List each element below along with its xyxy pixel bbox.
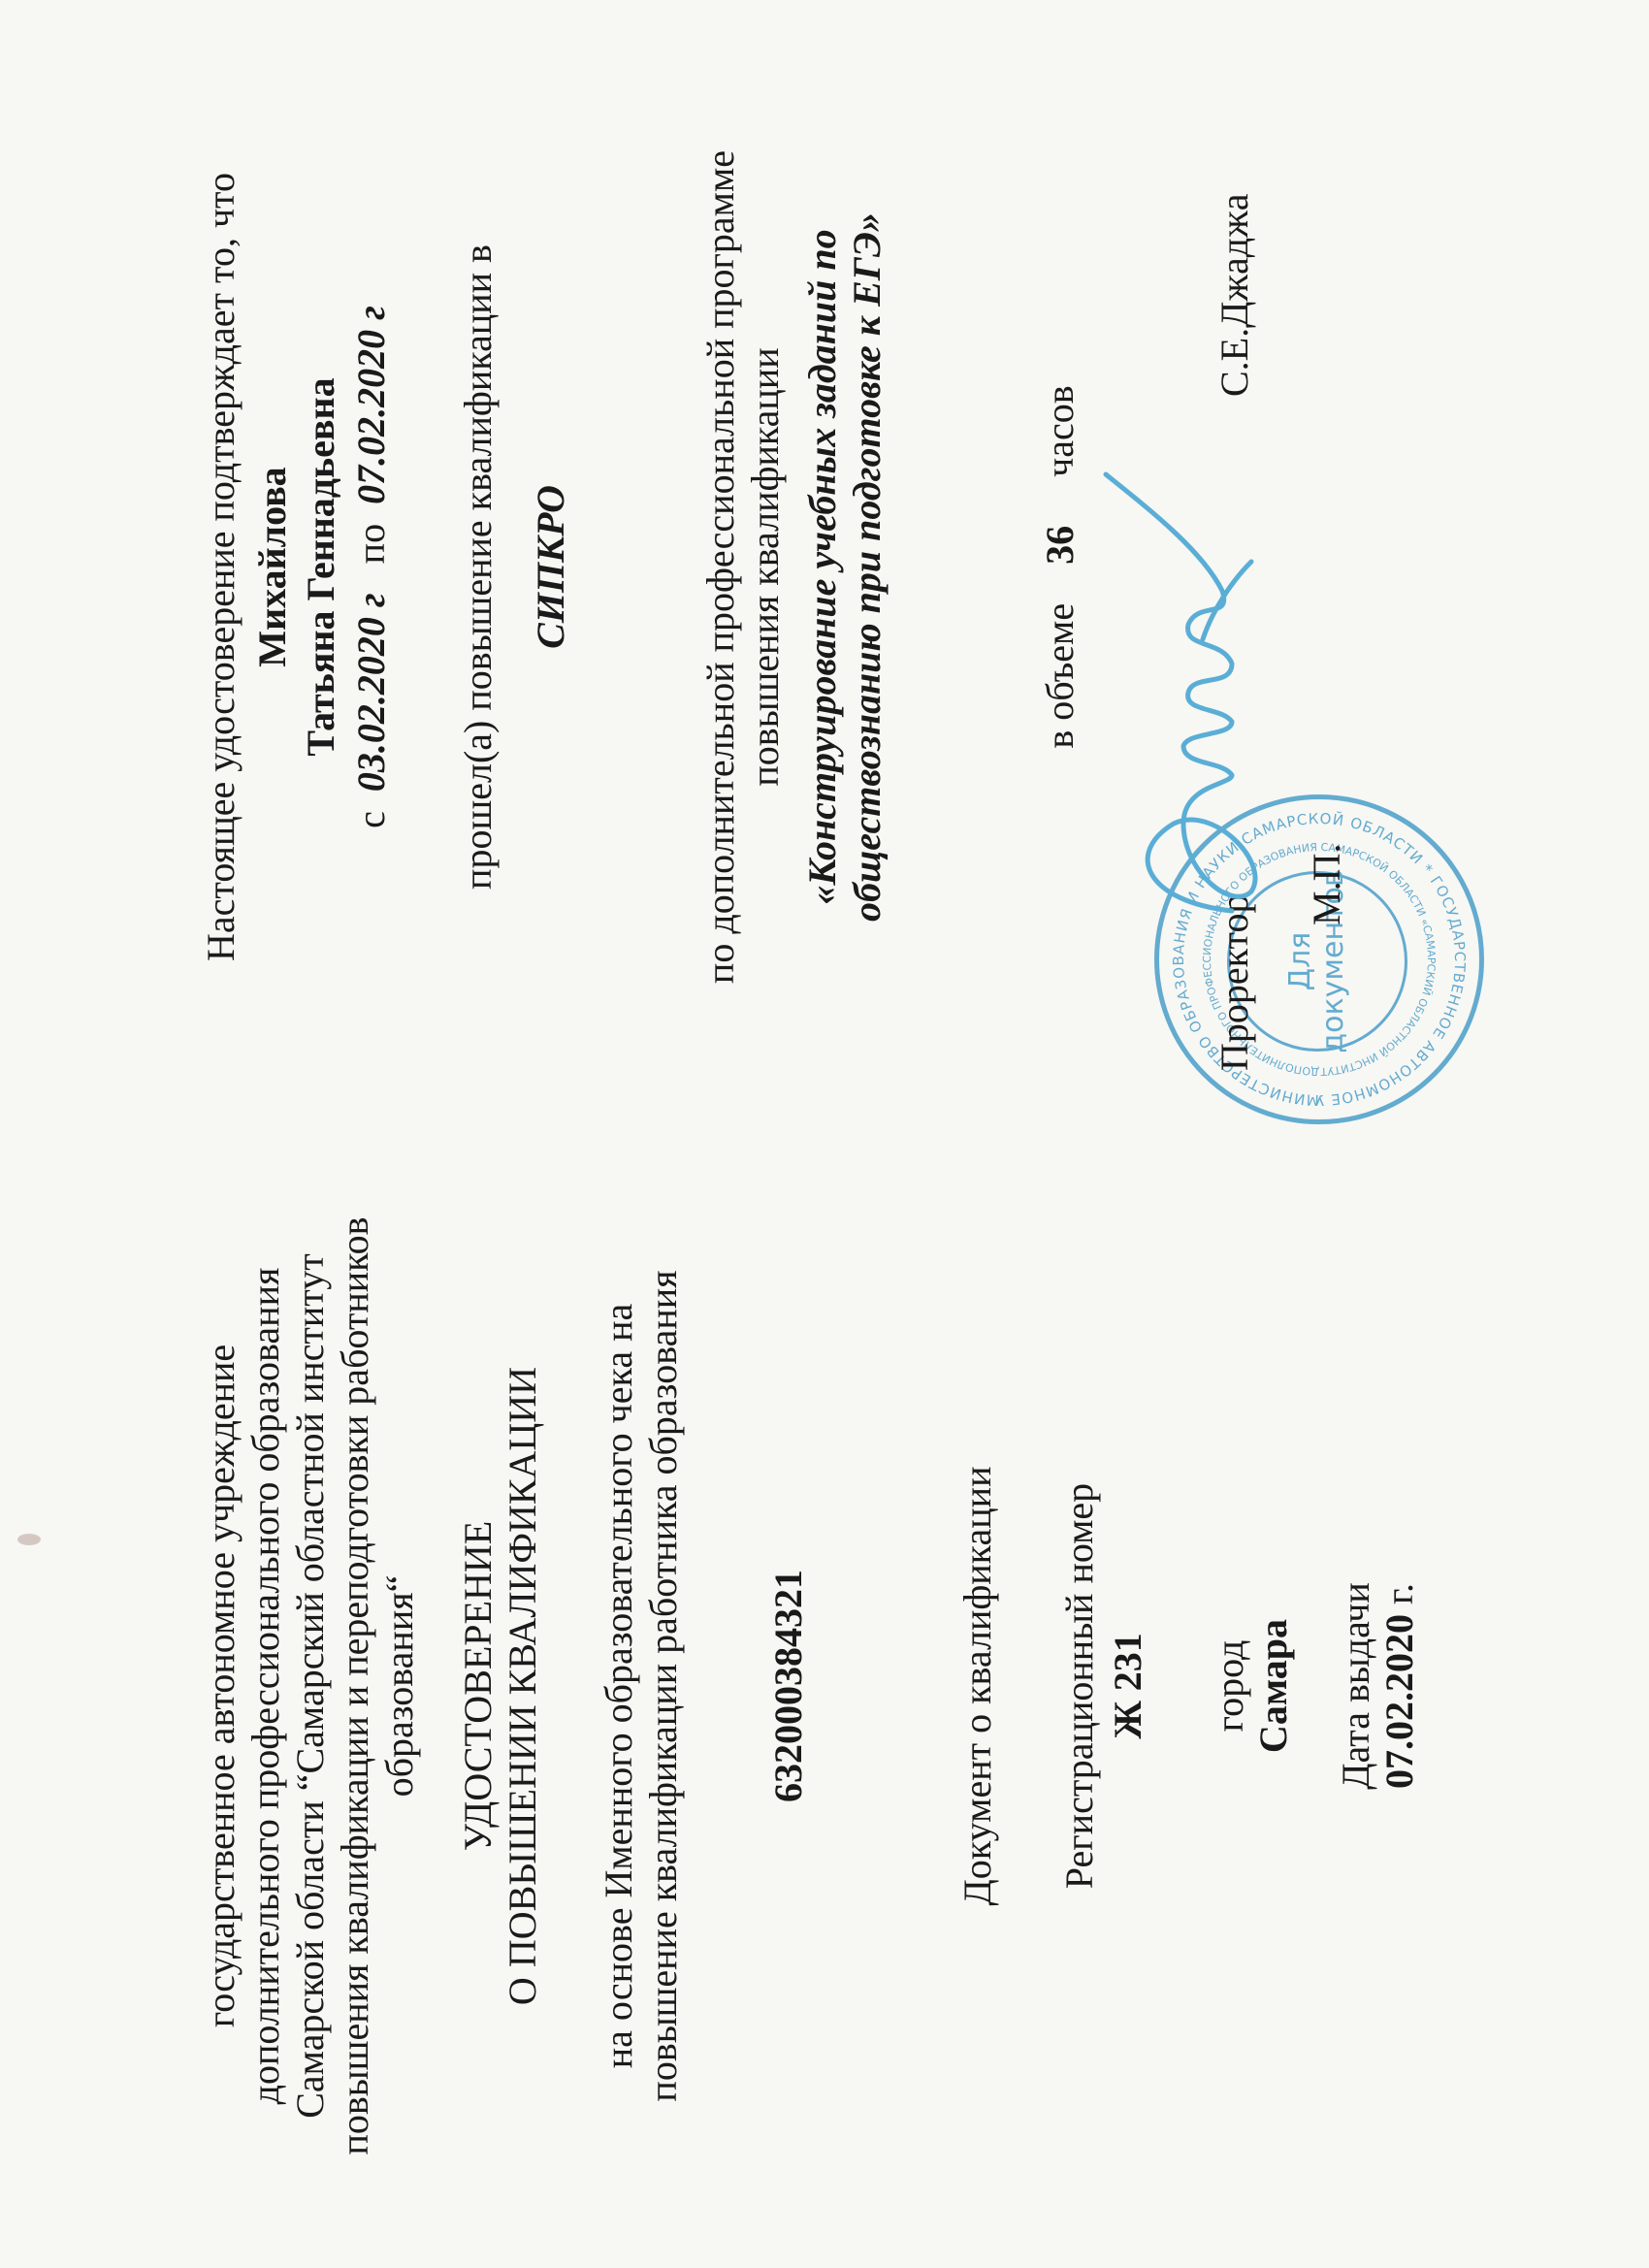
registration-label: Регистрационный номер [1057,1172,1102,2200]
city-label: город [1208,1172,1252,2200]
signature [1086,445,1300,930]
hours-volume: в объеме 36 часов [1038,0,1083,1134]
document-type: Документ о квалификации [955,1172,1000,2200]
organization-name: государственное автономное учреждение до… [199,1172,422,2200]
surname: Михайлова [250,0,295,1134]
city: Самара [1251,1172,1296,2200]
program-title: «Конструирование учебных заданий по обще… [800,0,889,1134]
passed-text: прошел(а) повышение квалификации в [456,0,501,1134]
program-text: по дополнительной профессиональной прогр… [698,0,788,1134]
scan-speck [17,1534,41,1545]
given-names: Татьяна Геннадьевна [299,0,343,1134]
intro-text: Настоящее удостоверение подтверждает то,… [199,0,243,1134]
issue-date: 07.02.2020 г. [1377,1172,1422,2200]
check-number: 632000384321 [766,1172,811,2200]
issue-date-label: Дата выдачи [1334,1172,1378,2200]
certificate-sheet: государственное автономное учреждение до… [0,0,1649,2268]
certificate-title: УДОСТОВЕРЕНИЕ О ПОВЫШЕНИИ КВАЛИФИКАЦИИ [456,1172,545,2200]
institute-name: СИПКРО [529,0,573,1134]
body-panel: Настоящее удостоверение подтверждает то,… [0,0,1649,1134]
course-dates: с 03.02.2020 г по 07.02.2020 г [349,0,394,1134]
signer-name: С.Е.Джаджа [1212,193,1257,397]
registration-number: Ж 231 [1106,1172,1150,2200]
basis-text: на основе Именного образовательного чека… [597,1172,686,2200]
seal-label: М.П. [1305,844,1349,925]
cover-panel: государственное автономное учреждение до… [0,1134,1649,2268]
